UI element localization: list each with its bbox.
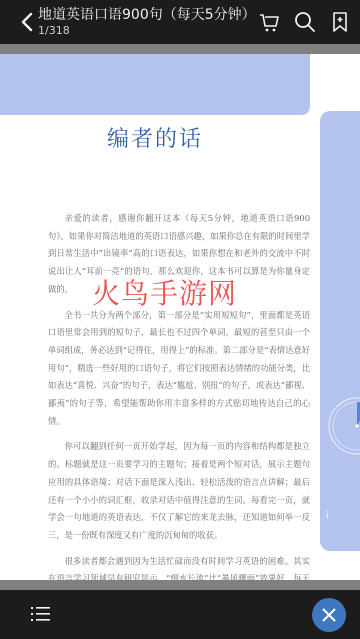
search-button[interactable] xyxy=(293,10,317,34)
cart-icon xyxy=(258,10,282,34)
back-button[interactable] xyxy=(18,10,38,34)
search-icon xyxy=(293,10,317,34)
back-icon xyxy=(18,10,38,34)
table-of-contents-button[interactable] xyxy=(28,603,54,625)
page-banner xyxy=(0,54,310,115)
paragraph: 全书一共分为两个部分，第一部分是“实用短短句”，里面都是英语口语里常会用到的短句… xyxy=(48,307,310,431)
bottom-bar xyxy=(0,590,360,639)
cart-button[interactable] xyxy=(258,10,282,34)
bookmark-add-icon xyxy=(328,10,352,34)
watermark: 火鸟手游网 xyxy=(92,272,237,312)
tab-page-number: i xyxy=(326,511,329,521)
paragraph: 很多读者都会遇到因为生活忙碌而没有时间学习英语的困难。其实在语言学习领域早有研究… xyxy=(48,553,310,580)
page-side-tab: i xyxy=(320,111,360,551)
book-page[interactable]: i 编者的话 亲爱的读者，感谢你翻开这本《每天5分钟，地道英语口语900句》。如… xyxy=(0,54,360,580)
bookmark-button[interactable] xyxy=(328,10,352,34)
top-app-bar: 地道英语口语900句（每天5分钟） 1/318 xyxy=(0,0,360,44)
chapter-heading: 编者的话 xyxy=(0,122,310,153)
page-body: 亲爱的读者，感谢你翻开这本《每天5分钟，地道英语口语900句》。如果你对简洁地道… xyxy=(48,210,310,580)
clock-icon xyxy=(327,396,360,456)
page-gap-bottom xyxy=(0,580,360,590)
page-gap-top xyxy=(0,44,360,54)
paragraph: 你可以翻到任何一页开始学起，因为每一页的内容和结构都是独立的。标题就是这一页要学… xyxy=(48,438,310,544)
page-count: 1/318 xyxy=(38,24,70,38)
close-icon xyxy=(321,607,337,623)
table-of-contents-icon xyxy=(28,603,54,625)
book-title: 地道英语口语900句（每天5分钟） xyxy=(38,6,256,24)
close-button[interactable] xyxy=(312,598,346,632)
